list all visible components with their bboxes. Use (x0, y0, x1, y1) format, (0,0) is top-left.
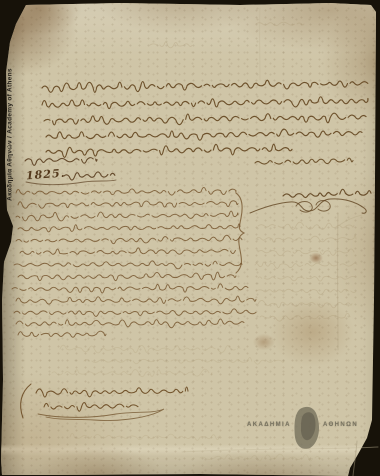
handwriting-line (283, 189, 371, 197)
signature-flourish (250, 199, 366, 213)
address-paren (21, 384, 31, 418)
stamp-text-right: ΑΘΗΝΩΝ (323, 422, 358, 428)
handwriting-line (256, 235, 356, 242)
address-underline (38, 409, 164, 421)
crease-bottom-right (353, 441, 357, 476)
handwriting-line (256, 289, 356, 294)
handwriting-line (18, 272, 239, 281)
handwriting-line (70, 433, 223, 440)
handwriting-line (258, 249, 357, 256)
handwriting-line (255, 158, 353, 164)
handwriting-line (25, 158, 97, 166)
handwriting-line (64, 172, 117, 180)
archive-watermark-label: Ακαδημία Αθηνών / Academy of Athens (4, 55, 17, 215)
handwriting-line (16, 211, 238, 221)
handwriting-line (200, 454, 320, 461)
handwriting-line (44, 403, 138, 412)
handwriting-line (52, 369, 212, 377)
handwriting-line (46, 129, 362, 140)
handwriting-line (46, 144, 292, 157)
handwriting-line (12, 284, 251, 293)
handwriting-line (42, 97, 368, 109)
date-year-text: 1825. (26, 167, 66, 183)
handwriting-line (256, 22, 304, 25)
handwriting-group-signature (283, 189, 371, 197)
handwriting-line (20, 248, 238, 254)
handwriting-line (18, 224, 240, 232)
handwriting-group-address-block (36, 387, 188, 411)
handwriting-line (258, 276, 356, 281)
handwriting-group-ghost-bleedthrough (52, 22, 357, 461)
handwriting-group-closing-line (255, 158, 353, 164)
handwriting-line (14, 261, 242, 269)
handwriting-line (60, 345, 240, 353)
scanned-letter-page: Ακαδημία Αθηνών / Academy of Athens 1825… (0, 0, 380, 476)
handwriting-line (44, 113, 366, 125)
handwriting-line (255, 262, 357, 269)
handwriting-line (16, 187, 236, 195)
handwriting-line (260, 313, 350, 321)
handwriting-line (18, 331, 109, 337)
handwriting-line (16, 235, 242, 243)
crease-branch (338, 215, 362, 226)
stamp-text-left: ΑΚΑΔΗΜΙΑ (247, 422, 291, 428)
handwriting-line (14, 309, 256, 317)
handwriting-group-paragraph-1 (42, 80, 370, 157)
handwriting-line (16, 296, 256, 304)
handwriting-layer (0, 0, 380, 476)
handwriting-line (150, 42, 192, 48)
handwriting-line (42, 80, 370, 92)
handwriting-line (36, 387, 188, 397)
handwriting-line (84, 357, 284, 364)
handwriting-group-paragraph-2 (12, 187, 256, 337)
handwriting-line (18, 201, 238, 209)
crease-bottom (182, 447, 378, 452)
handwriting-line (16, 319, 244, 328)
